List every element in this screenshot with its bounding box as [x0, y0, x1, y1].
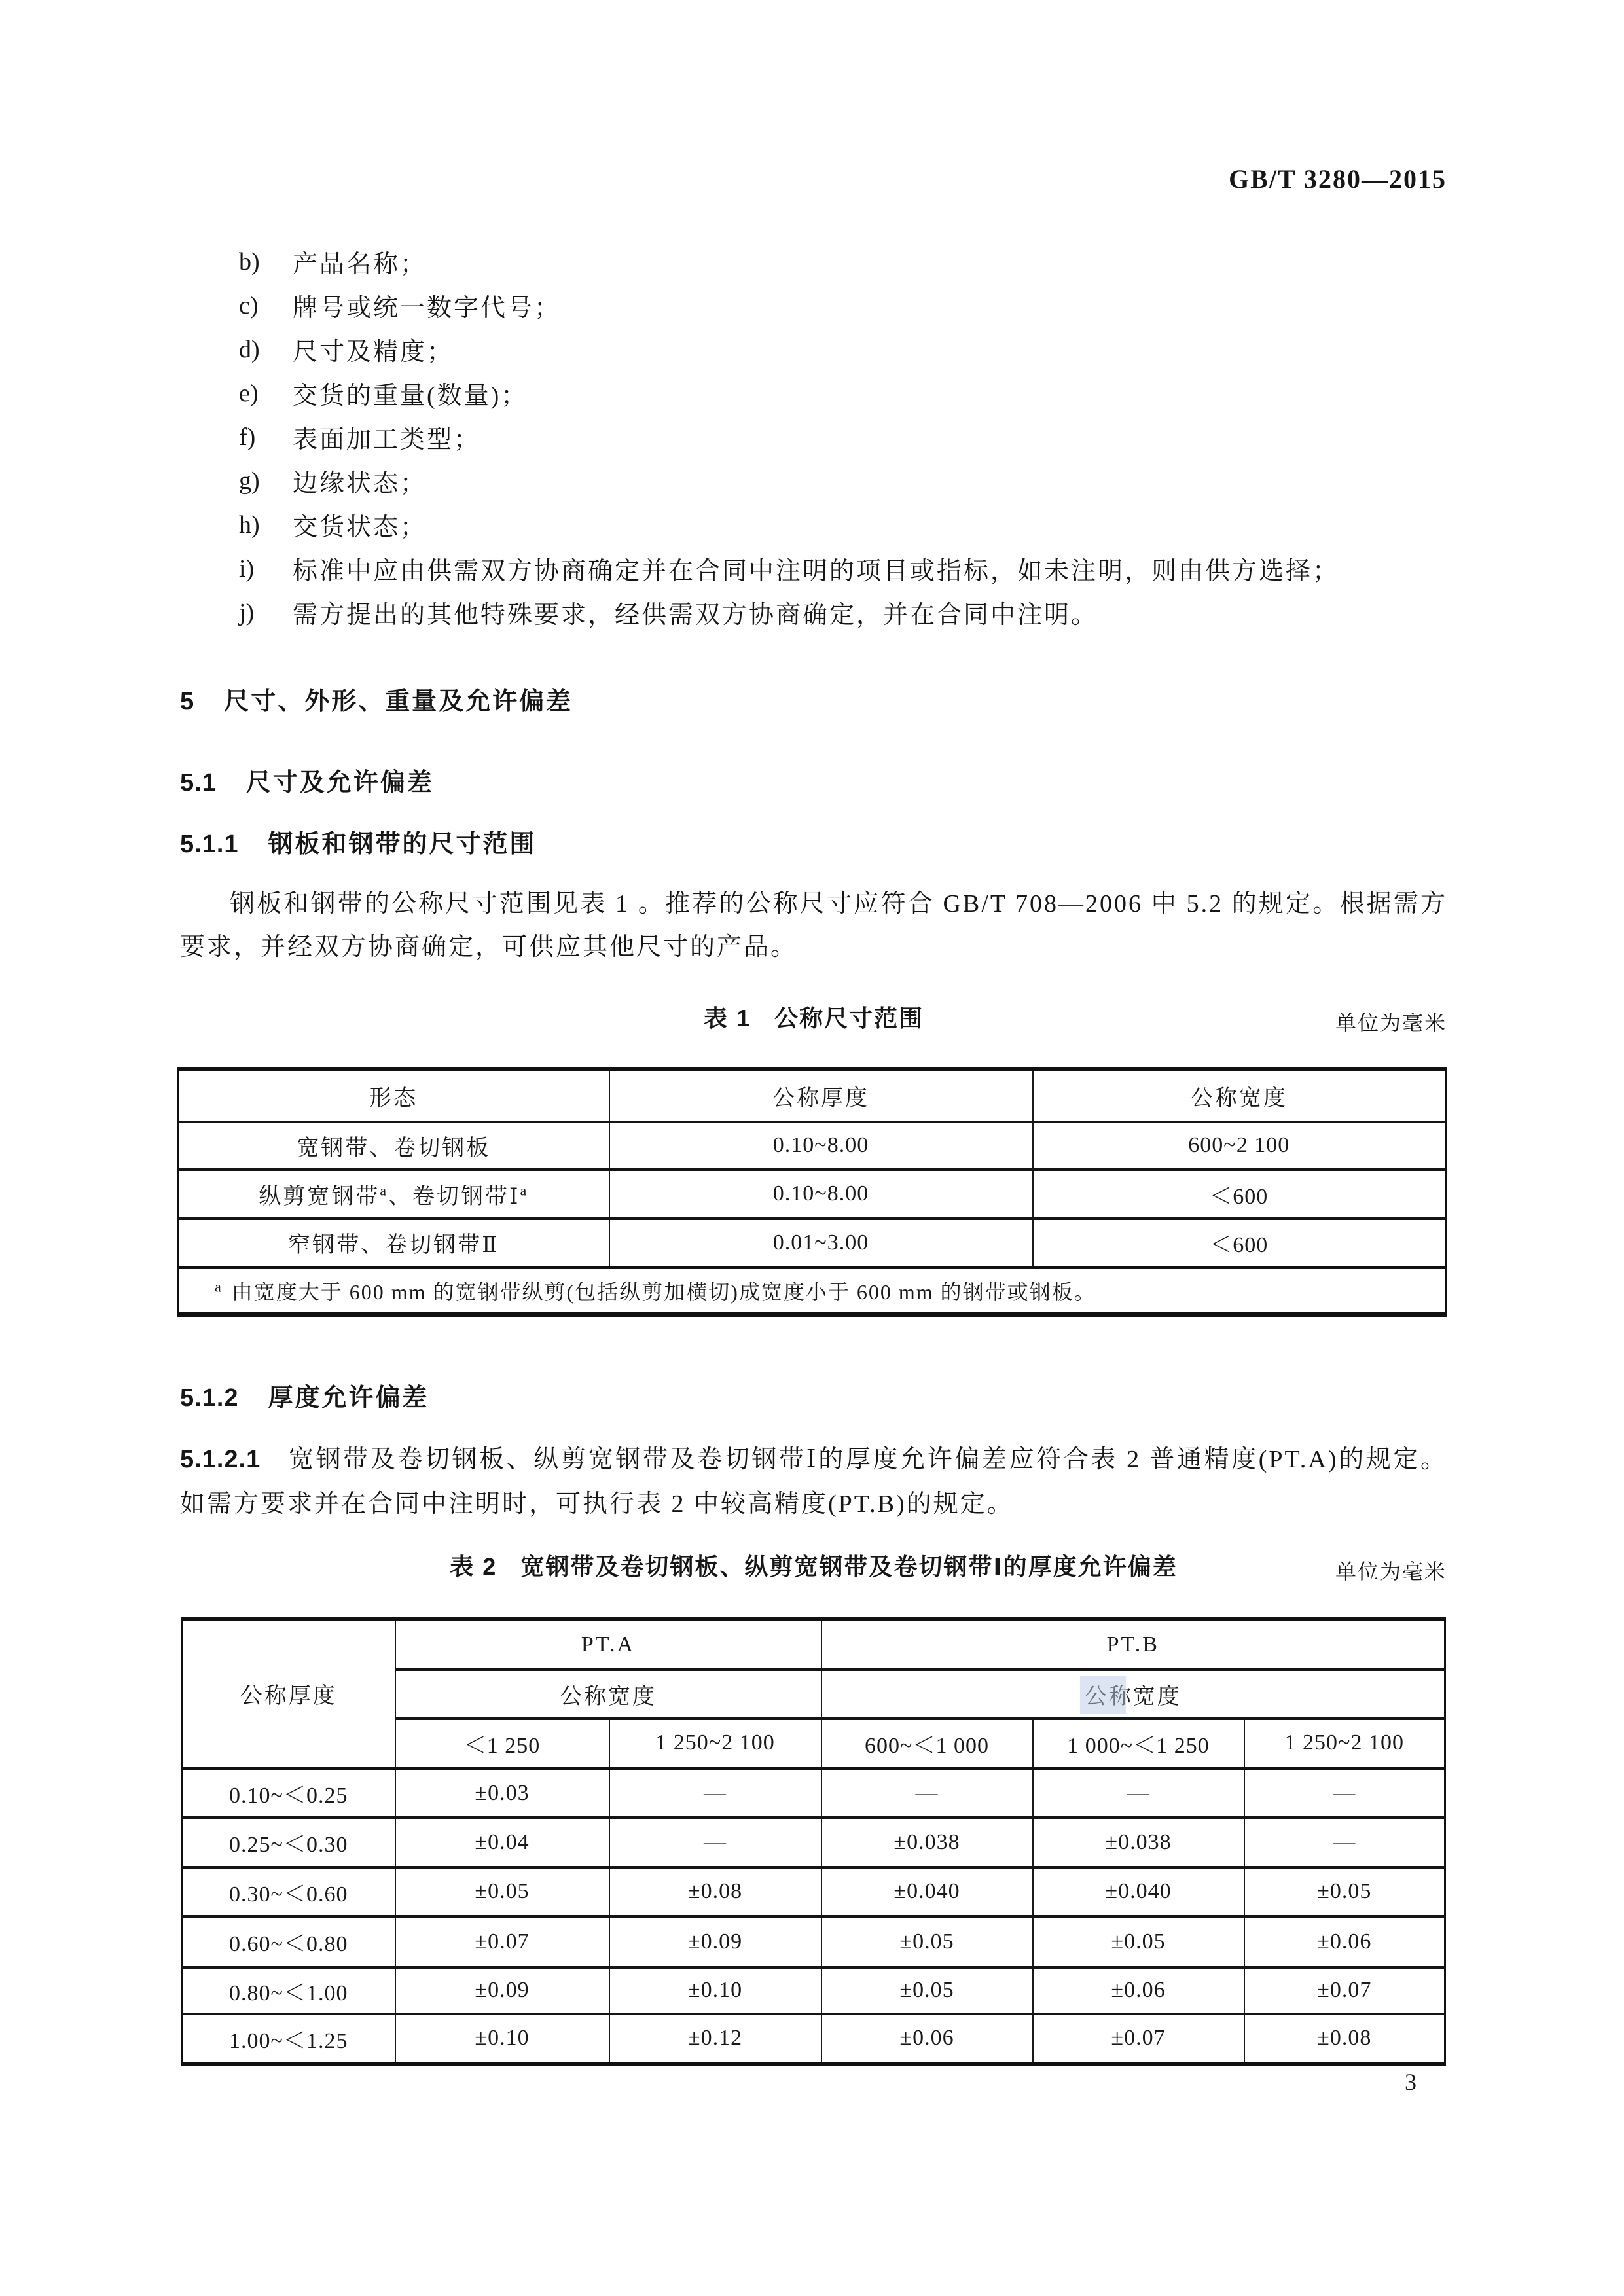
- table-cell-tolerance: ±0.12: [609, 2014, 821, 2064]
- list-item-text: 交货的重量(数量)；: [293, 375, 528, 411]
- document-page: GB/T 3280—2015 b) 产品名称； c) 牌号或统一数字代号； d)…: [0, 0, 1624, 2296]
- section-title: 尺寸、外形、重量及允许偏差: [224, 688, 573, 715]
- table-row: 0.25~＜0.30 ±0.04 — ±0.038 ±0.038 —: [182, 1818, 1445, 1867]
- table-row: 0.10~＜0.25 ±0.03 — — — —: [182, 1768, 1445, 1818]
- table1-nominal-size-range: 形态 公称厚度 公称宽度 宽钢带、卷切钢板 0.10~8.00 600~2 10…: [177, 1067, 1447, 1317]
- table-cell-thickness: 0.10~8.00: [609, 1170, 1033, 1219]
- table-cell-tolerance: ±0.10: [395, 2014, 609, 2064]
- table-header-row: 形态 公称厚度 公称宽度: [178, 1069, 1446, 1122]
- table-cell-width: 600~2 100: [1033, 1122, 1446, 1170]
- section-number: 5.1.1: [180, 831, 239, 858]
- list-item-text: 牌号或统一数字代号；: [293, 287, 561, 323]
- table-cell-thickness-range: 1.00~＜1.25: [182, 2014, 395, 2064]
- cell-text: 、卷切钢带Ⅰ: [388, 1185, 520, 1209]
- table-cell-tolerance: ±0.07: [395, 1916, 609, 1967]
- table-row: 1.00~＜1.25 ±0.10 ±0.12 ±0.06 ±0.07 ±0.08: [182, 2014, 1445, 2064]
- table-cell-tolerance: —: [609, 1768, 821, 1818]
- table-cell-width: ＜600: [1033, 1170, 1446, 1219]
- list-item-label: b): [239, 247, 293, 276]
- table2-range-header: 1 250~2 100: [1244, 1719, 1445, 1768]
- table-cell-tolerance: ±0.038: [821, 1818, 1033, 1867]
- table-cell-width: ＜600: [1033, 1219, 1446, 1268]
- list-item: e) 交货的重量(数量)；: [239, 371, 1339, 415]
- section-5-1-2-heading: 5.1.2厚度允许偏差: [180, 1377, 429, 1413]
- list-item-label: g): [239, 467, 293, 495]
- list-item: j) 需方提出的其他特殊要求，经供需双方协商确定，并在合同中注明。: [239, 590, 1339, 634]
- table1-footnote: a由宽度大于 600 mm 的宽钢带纵剪(包括纵剪加横切)成宽度小于 600 m…: [178, 1268, 1446, 1315]
- footnote-text: 由宽度大于 600 mm 的宽钢带纵剪(包括纵剪加横切)成宽度小于 600 mm…: [232, 1280, 1096, 1304]
- table-cell-tolerance: ±0.05: [821, 1916, 1033, 1967]
- table-cell-tolerance: ±0.038: [1033, 1818, 1244, 1867]
- table-cell-shape: 窄钢带、卷切钢带Ⅱ: [178, 1219, 609, 1268]
- table-cell-tolerance: —: [1244, 1768, 1445, 1818]
- table-cell-tolerance: ±0.05: [1033, 1916, 1244, 1967]
- table2-header-thickness: 公称厚度: [182, 1619, 395, 1768]
- section-number: 5.1.2: [180, 1384, 239, 1412]
- table1-caption-label: 表 1: [704, 1005, 751, 1031]
- list-item: b) 产品名称；: [239, 240, 1339, 283]
- table-cell-tolerance: ±0.05: [395, 1867, 609, 1916]
- table-cell-tolerance: ±0.06: [1244, 1916, 1445, 1967]
- table-row: 窄钢带、卷切钢带Ⅱ 0.01~3.00 ＜600: [178, 1219, 1446, 1268]
- section-title: 尺寸及允许偏差: [246, 769, 434, 797]
- footnote-marker: a: [215, 1278, 223, 1295]
- list-item: h) 交货状态；: [239, 503, 1339, 547]
- table2-header-width-b: 公称宽度: [821, 1670, 1445, 1719]
- section-5-1-1-heading: 5.1.1钢板和钢带的尺寸范围: [180, 823, 537, 859]
- table-cell-thickness-range: 0.80~＜1.00: [182, 1967, 395, 2014]
- clause-list: b) 产品名称； c) 牌号或统一数字代号； d) 尺寸及精度； e) 交货的重…: [239, 240, 1339, 634]
- table1-caption-text: 公称尺寸范围: [774, 1005, 924, 1031]
- table-cell-thickness-range: 0.10~＜0.25: [182, 1768, 395, 1818]
- table-cell-tolerance: ±0.03: [395, 1768, 609, 1818]
- table-cell-thickness-range: 0.60~＜0.80: [182, 1916, 395, 1967]
- list-item-text: 产品名称；: [293, 243, 427, 279]
- table-cell-thickness-range: 0.30~＜0.60: [182, 1867, 395, 1916]
- table2-thickness-tolerance: 公称厚度 PT.A PT.B 公称宽度 公称宽度 ＜1 250 1 250~2 …: [181, 1617, 1446, 2066]
- list-item-label: e): [239, 379, 293, 408]
- section-number: 5: [180, 688, 194, 715]
- list-item-text: 尺寸及精度；: [293, 331, 454, 367]
- table-cell-tolerance: —: [1244, 1818, 1445, 1867]
- table-cell-tolerance: ±0.10: [609, 1967, 821, 2014]
- list-item-text: 表面加工类型；: [293, 419, 480, 455]
- table2-header-pt-b: PT.B: [821, 1619, 1445, 1670]
- table-row: 0.30~＜0.60 ±0.05 ±0.08 ±0.040 ±0.040 ±0.…: [182, 1867, 1445, 1916]
- table-cell-tolerance: ±0.06: [1033, 1967, 1244, 2014]
- table-cell-tolerance: —: [1033, 1768, 1244, 1818]
- table2-caption: 表 2宽钢带及卷切钢板、纵剪宽钢带及卷切钢带Ⅰ的厚度允许偏差: [180, 1549, 1447, 1582]
- list-item-text: 需方提出的其他特殊要求，经供需双方协商确定，并在合同中注明。: [293, 594, 1098, 630]
- list-item-text: 交货状态；: [293, 507, 427, 543]
- table2-range-header: ＜1 250: [395, 1719, 609, 1768]
- section-5-heading: 5尺寸、外形、重量及允许偏差: [180, 681, 573, 717]
- list-item: d) 尺寸及精度；: [239, 327, 1339, 371]
- table-row: 0.60~＜0.80 ±0.07 ±0.09 ±0.05 ±0.05 ±0.06: [182, 1916, 1445, 1967]
- table-cell-shape: 纵剪宽钢带a、卷切钢带Ⅰa: [178, 1170, 609, 1219]
- table1-unit-label: 单位为毫米: [1335, 1007, 1447, 1037]
- table-row: 0.80~＜1.00 ±0.09 ±0.10 ±0.05 ±0.06 ±0.07: [182, 1967, 1445, 2014]
- table-header-row: 公称厚度 PT.A PT.B: [182, 1619, 1445, 1670]
- table-cell-tolerance: —: [609, 1818, 821, 1867]
- section-title: 厚度允许偏差: [268, 1384, 429, 1412]
- table2-range-header: 600~＜1 000: [821, 1719, 1033, 1768]
- table-cell-shape: 宽钢带、卷切钢板: [178, 1122, 609, 1170]
- section-number: 5.1: [180, 769, 217, 797]
- table-cell-tolerance: ±0.09: [395, 1967, 609, 2014]
- standard-code: GB/T 3280—2015: [1229, 164, 1447, 194]
- table-cell-thickness: 0.10~8.00: [609, 1122, 1033, 1170]
- table-row: 纵剪宽钢带a、卷切钢带Ⅰa 0.10~8.00 ＜600: [178, 1170, 1446, 1219]
- table-cell-tolerance: ±0.08: [609, 1867, 821, 1916]
- table-cell-thickness: 0.01~3.00: [609, 1219, 1033, 1268]
- table2-header-pt-a: PT.A: [395, 1619, 821, 1670]
- table-cell-thickness-range: 0.25~＜0.30: [182, 1818, 395, 1867]
- table2-unit-label: 单位为毫米: [1335, 1555, 1447, 1585]
- list-item-label: i): [239, 554, 293, 583]
- list-item: g) 边缘状态；: [239, 459, 1339, 503]
- table2-caption-text: 宽钢带及卷切钢板、纵剪宽钢带及卷切钢带Ⅰ的厚度允许偏差: [520, 1553, 1177, 1580]
- list-item-text: 标准中应由供需双方协商确定并在合同中注明的项目或指标，如未注明，则由供方选择；: [293, 550, 1339, 586]
- section-title: 钢板和钢带的尺寸范围: [268, 831, 537, 858]
- table2-range-header: 1 250~2 100: [609, 1719, 821, 1768]
- table-footnote-row: a由宽度大于 600 mm 的宽钢带纵剪(包括纵剪加横切)成宽度小于 600 m…: [178, 1268, 1446, 1315]
- list-item-text: 边缘状态；: [293, 463, 427, 499]
- table-cell-tolerance: ±0.05: [821, 1967, 1033, 2014]
- section-5-1-heading: 5.1尺寸及允许偏差: [180, 762, 434, 798]
- table-cell-tolerance: ±0.06: [821, 2014, 1033, 2064]
- page-number: 3: [1405, 2068, 1416, 2096]
- table2-range-header: 1 000~＜1 250: [1033, 1719, 1244, 1768]
- table1-header-shape: 形态: [178, 1069, 609, 1122]
- list-item-label: c): [239, 291, 293, 320]
- table-row: 宽钢带、卷切钢板 0.10~8.00 600~2 100: [178, 1122, 1446, 1170]
- table-cell-tolerance: ±0.07: [1033, 2014, 1244, 2064]
- table2-caption-label: 表 2: [450, 1553, 497, 1580]
- list-item-label: d): [239, 335, 293, 364]
- table-cell-tolerance: ±0.040: [821, 1867, 1033, 1916]
- table-cell-tolerance: ±0.04: [395, 1818, 609, 1867]
- list-item-label: f): [239, 423, 293, 452]
- table2-header-width-a: 公称宽度: [395, 1670, 821, 1719]
- table1-header-thickness: 公称厚度: [609, 1069, 1033, 1122]
- footnote-ref: a: [380, 1182, 388, 1198]
- list-item: i) 标准中应由供需双方协商确定并在合同中注明的项目或指标，如未注明，则由供方选…: [239, 547, 1339, 590]
- table1-caption: 表 1公称尺寸范围: [180, 1000, 1447, 1033]
- list-item: f) 表面加工类型；: [239, 415, 1339, 459]
- list-item-label: h): [239, 511, 293, 539]
- list-item-label: j): [239, 598, 293, 627]
- table-cell-tolerance: ±0.040: [1033, 1867, 1244, 1916]
- table-cell-tolerance: ±0.08: [1244, 2014, 1445, 2064]
- list-item: c) 牌号或统一数字代号；: [239, 283, 1339, 327]
- table-cell-tolerance: ±0.09: [609, 1916, 821, 1967]
- table-cell-tolerance: —: [821, 1768, 1033, 1818]
- footnote-ref: a: [520, 1182, 528, 1198]
- paragraph-5-1-2-1: 5.1.2.1宽钢带及卷切钢板、纵剪宽钢带及卷切钢带Ⅰ的厚度允许偏差应符合表 2…: [180, 1437, 1447, 1526]
- clause-text: 宽钢带及卷切钢板、纵剪宽钢带及卷切钢带Ⅰ的厚度允许偏差应符合表 2 普通精度(P…: [180, 1446, 1447, 1518]
- clause-number: 5.1.2.1: [180, 1446, 261, 1473]
- table1-header-width: 公称宽度: [1033, 1069, 1446, 1122]
- table-cell-tolerance: ±0.07: [1244, 1967, 1445, 2014]
- cell-text: 纵剪宽钢带: [259, 1185, 380, 1209]
- paragraph-5-1-1: 钢板和钢带的公称尺寸范围见表 1 。推荐的公称尺寸应符合 GB/T 708—20…: [180, 882, 1447, 969]
- table-cell-tolerance: ±0.05: [1244, 1867, 1445, 1916]
